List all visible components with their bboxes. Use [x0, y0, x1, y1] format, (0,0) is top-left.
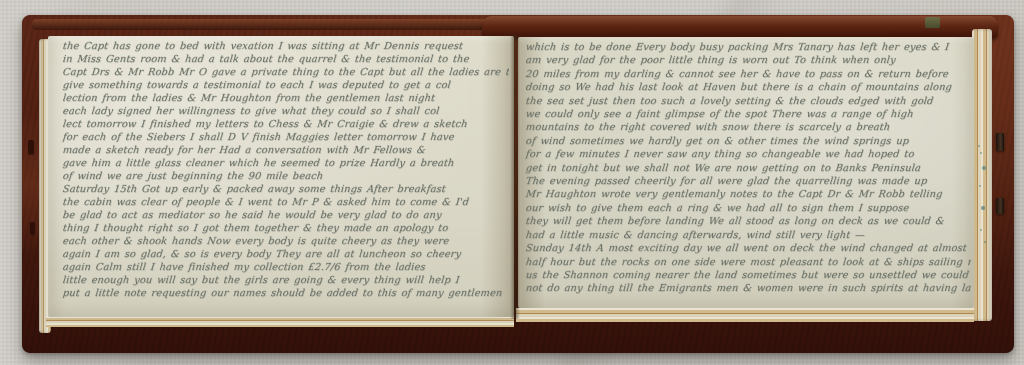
- manuscript-line: our wish to give them each a ring & we h…: [525, 202, 972, 215]
- cover-top-edge: [32, 19, 502, 30]
- manuscript-line: each other & shook hands Now every body …: [62, 235, 510, 248]
- underlined-date: Saturday 15th: [62, 184, 138, 196]
- page-edges-bottom-right: [516, 308, 974, 322]
- manuscript-line: mountains to the right covered with snow…: [525, 121, 972, 134]
- manuscript-line: they will get them before landing We all…: [525, 215, 972, 228]
- manuscript-line: made a sketch ready for her Had a conver…: [62, 144, 510, 157]
- manuscript-line: for each of the Siebers I shall D V fini…: [62, 131, 510, 144]
- left-page: the Capt has gone to bed with vexation I…: [48, 36, 514, 317]
- manuscript-line: half hour but the rocks on one side were…: [525, 256, 972, 269]
- right-page-manuscript: which is to be done Every body busy pack…: [525, 41, 970, 296]
- manuscript-line: am very glad for the poor little thing i…: [525, 54, 972, 67]
- manuscript-line: get in tonight but we shall not We are n…: [525, 162, 972, 175]
- manuscript-line: the sea set just then too such a lovely …: [525, 95, 972, 108]
- manuscript-line: had a little music & dancing afterwards,…: [525, 229, 972, 242]
- metal-clasp: [996, 133, 1004, 151]
- manuscript-line: the cabin was clear of people & I went t…: [62, 196, 510, 209]
- manuscript-line: again Calm still I have finished my coll…: [62, 261, 510, 274]
- manuscript-line: which is to be done Every body busy pack…: [525, 41, 972, 54]
- marbled-edge-speckles: [978, 145, 980, 147]
- manuscript-line: Mr Haughton wrote very gentlemanly notes…: [525, 188, 972, 201]
- page-edges-right: [972, 29, 992, 321]
- manuscript-line: put a little note requesting our names s…: [62, 287, 510, 300]
- manuscript-line: for a few minutes I never saw any thing …: [525, 148, 972, 161]
- manuscript-line: we could only see a faint glimpse of the…: [525, 108, 972, 121]
- manuscript-line: again I am so glad, & so is every body T…: [62, 248, 510, 261]
- manuscript-line: not do any thing till the Emigrants men …: [525, 282, 972, 295]
- manuscript-line: doing so We had his last look at Haven b…: [525, 81, 972, 94]
- manuscript-line: lection from the ladies & Mr Houghton fr…: [62, 92, 510, 105]
- manuscript-line: us the Shannon coming nearer the land so…: [525, 269, 972, 282]
- binding-knob: [30, 222, 35, 234]
- manuscript-line: the Capt has gone to bed with vexation I…: [62, 40, 510, 53]
- manuscript-line: The evening passed cheerily for all were…: [525, 175, 972, 188]
- manuscript-line: of wind we are just beginning the 90 mil…: [62, 170, 510, 183]
- cover-rolled-edge: [482, 16, 998, 38]
- photograph-of-open-diary: the Capt has gone to bed with vexation I…: [0, 0, 1024, 365]
- manuscript-line: little enough you will say but the girls…: [62, 274, 510, 287]
- manuscript-line: 20 miles from my darling & cannot see he…: [525, 68, 972, 81]
- right-page: which is to be done Every body busy pack…: [518, 37, 974, 308]
- manuscript-line: give something towards a testimonial to …: [62, 79, 510, 92]
- binding-tab: [925, 17, 940, 28]
- manuscript-line: Sunday 14th A most exciting day we all w…: [525, 242, 972, 255]
- manuscript-line: gave him a little glass cleaner which he…: [62, 157, 510, 170]
- manuscript-line: Saturday 15th Got up early & packed away…: [62, 183, 510, 196]
- manuscript-line: of wind sometimes we hardly get on & oth…: [525, 135, 972, 148]
- diary-leather-cover: the Capt has gone to bed with vexation I…: [22, 15, 1014, 353]
- manuscript-line: be glad to act as mediator so he said he…: [62, 209, 510, 222]
- left-page-manuscript: the Capt has gone to bed with vexation I…: [62, 40, 508, 300]
- manuscript-line: each lady signed her willingness to give…: [62, 105, 510, 118]
- page-edges-bottom-left: [46, 316, 514, 327]
- manuscript-line: lect tomorrow I finished my letters to C…: [62, 118, 510, 131]
- metal-clasp: [996, 198, 1004, 214]
- manuscript-line: Capt Drs & Mr Robb Mr O gave a private t…: [62, 66, 510, 79]
- manuscript-line: thing I thought right so I got them toge…: [62, 222, 510, 235]
- binding-knob: [28, 140, 34, 154]
- underlined-date: Sunday 14th: [525, 243, 592, 255]
- page-gutter-shadow: [510, 35, 520, 319]
- manuscript-line: in Miss Gents room & had a talk about th…: [62, 53, 510, 66]
